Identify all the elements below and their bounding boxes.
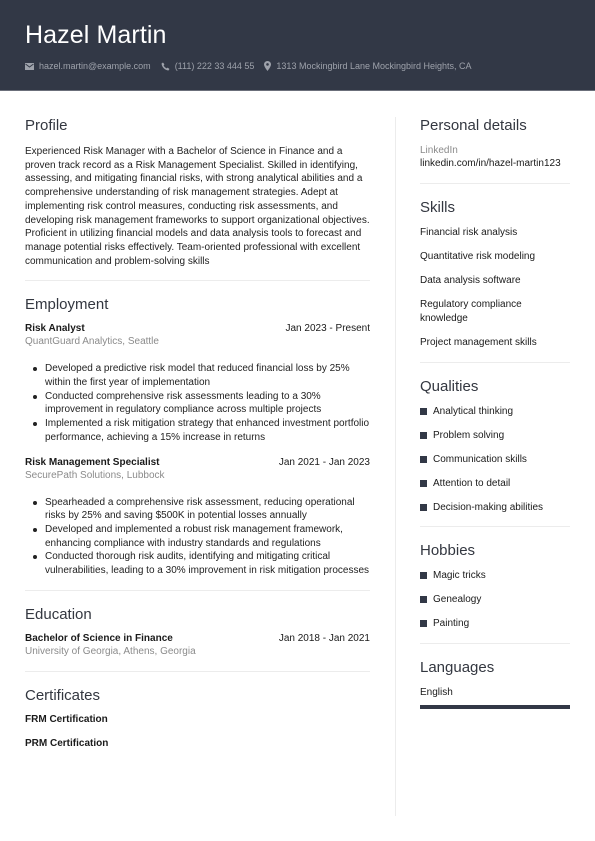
- section-divider: [420, 362, 570, 363]
- education-title: Education: [25, 606, 370, 624]
- skill-item: Financial risk analysis: [420, 226, 570, 240]
- qualities-section: Qualities Analytical thinking Problem so…: [420, 378, 570, 514]
- degree: Bachelor of Science in Finance: [25, 632, 173, 645]
- quality-item: Attention to detail: [420, 477, 570, 490]
- qualities-title: Qualities: [420, 378, 570, 396]
- contact-phone[interactable]: (111) 222 33 444 55: [161, 61, 255, 71]
- quality-label: Analytical thinking: [433, 405, 513, 418]
- map-pin-icon: [264, 61, 271, 71]
- linkedin-link[interactable]: linkedin.com/in/hazel-martin123: [420, 157, 570, 171]
- square-bullet-icon: [420, 432, 427, 439]
- profile-section: Profile Experienced Risk Manager with a …: [25, 117, 370, 268]
- section-divider: [25, 280, 370, 281]
- section-divider: [420, 183, 570, 184]
- job-bullet: Implemented a risk mitigation strategy t…: [25, 417, 370, 444]
- skill-item: Regulatory compliance knowledge: [420, 298, 570, 326]
- certificate-item: FRM Certification: [25, 713, 370, 726]
- hobby-item: Painting: [420, 617, 570, 630]
- skill-item: Data analysis software: [420, 274, 570, 288]
- skills-title: Skills: [420, 199, 570, 217]
- job-bullet: Conducted thorough risk audits, identify…: [25, 550, 370, 577]
- employment-section: Employment Risk Analyst Jan 2023 - Prese…: [25, 296, 370, 577]
- languages-title: Languages: [420, 659, 570, 677]
- languages-section: Languages English: [420, 659, 570, 709]
- hobby-label: Magic tricks: [433, 569, 486, 582]
- language-level-bar: [420, 705, 570, 709]
- quality-label: Attention to detail: [433, 477, 510, 490]
- job-date: Jan 2021 - Jan 2023: [279, 456, 370, 469]
- column-divider: [395, 117, 396, 816]
- hobbies-section: Hobbies Magic tricks Genealogy Painting: [420, 542, 570, 630]
- job-entry: Risk Analyst Jan 2023 - Present QuantGua…: [25, 322, 370, 444]
- contact-phone-text: (111) 222 33 444 55: [175, 61, 255, 71]
- job-bullets: Developed a predictive risk model that r…: [25, 362, 370, 444]
- job-title: Risk Analyst: [25, 322, 85, 335]
- certificate-item: PRM Certification: [25, 737, 370, 750]
- square-bullet-icon: [420, 408, 427, 415]
- contact-address-text: 1313 Mockingbird Lane Mockingbird Height…: [276, 61, 471, 71]
- education-entry: Bachelor of Science in Finance Jan 2018 …: [25, 632, 370, 659]
- square-bullet-icon: [420, 480, 427, 487]
- quality-item: Communication skills: [420, 453, 570, 466]
- contact-address: 1313 Mockingbird Lane Mockingbird Height…: [264, 61, 471, 71]
- profile-summary: Experienced Risk Manager with a Bachelor…: [25, 145, 370, 268]
- employment-title: Employment: [25, 296, 370, 314]
- square-bullet-icon: [420, 620, 427, 627]
- quality-item: Decision-making abilities: [420, 501, 570, 514]
- job-bullet: Conducted comprehensive risk assessments…: [25, 390, 370, 417]
- quality-item: Analytical thinking: [420, 405, 570, 418]
- job-company: SecurePath Solutions, Lubbock: [25, 469, 370, 483]
- quality-label: Communication skills: [433, 453, 527, 466]
- square-bullet-icon: [420, 572, 427, 579]
- skills-section: Skills Financial risk analysis Quantitat…: [420, 199, 570, 350]
- job-bullets: Spearheaded a comprehensive risk assessm…: [25, 496, 370, 578]
- language-level-fill: [420, 705, 570, 709]
- hobbies-title: Hobbies: [420, 542, 570, 560]
- job-bullet: Developed a predictive risk model that r…: [25, 362, 370, 389]
- job-bullet: Spearheaded a comprehensive risk assessm…: [25, 496, 370, 523]
- square-bullet-icon: [420, 504, 427, 511]
- education-section: Education Bachelor of Science in Finance…: [25, 606, 370, 659]
- contact-email-text: hazel.martin@example.com: [39, 61, 151, 71]
- certificates-section: Certificates FRM Certification PRM Certi…: [25, 687, 370, 750]
- sidebar-column: Personal details LinkedIn linkedin.com/i…: [420, 117, 570, 709]
- contact-row: hazel.martin@example.com (111) 222 33 44…: [25, 60, 482, 72]
- phone-icon: [161, 62, 170, 71]
- job-bullet: Developed and implemented a robust risk …: [25, 523, 370, 550]
- hobby-item: Magic tricks: [420, 569, 570, 582]
- section-divider: [25, 671, 370, 672]
- hobby-label: Genealogy: [433, 593, 481, 606]
- quality-label: Decision-making abilities: [433, 501, 543, 514]
- envelope-icon: [25, 63, 34, 70]
- language-name: English: [420, 686, 570, 699]
- section-divider: [420, 526, 570, 527]
- education-date: Jan 2018 - Jan 2021: [279, 632, 370, 645]
- section-divider: [420, 643, 570, 644]
- skill-item: Quantitative risk modeling: [420, 250, 570, 264]
- square-bullet-icon: [420, 456, 427, 463]
- quality-item: Problem solving: [420, 429, 570, 442]
- school: University of Georgia, Athens, Georgia: [25, 645, 370, 659]
- main-column: Profile Experienced Risk Manager with a …: [25, 117, 370, 750]
- hobby-item: Genealogy: [420, 593, 570, 606]
- personal-details-section: Personal details LinkedIn linkedin.com/i…: [420, 117, 570, 171]
- square-bullet-icon: [420, 596, 427, 603]
- resume-header: Hazel Martin hazel.martin@example.com (1…: [0, 0, 595, 91]
- job-company: QuantGuard Analytics, Seattle: [25, 335, 370, 349]
- job-entry: Risk Management Specialist Jan 2021 - Ja…: [25, 456, 370, 578]
- hobby-label: Painting: [433, 617, 469, 630]
- personal-details-title: Personal details: [420, 117, 570, 135]
- linkedin-label: LinkedIn: [420, 144, 570, 157]
- section-divider: [25, 590, 370, 591]
- skill-item: Project management skills: [420, 336, 570, 350]
- contact-email[interactable]: hazel.martin@example.com: [25, 61, 151, 71]
- certificates-title: Certificates: [25, 687, 370, 705]
- profile-title: Profile: [25, 117, 370, 135]
- quality-label: Problem solving: [433, 429, 504, 442]
- job-title: Risk Management Specialist: [25, 456, 160, 469]
- job-date: Jan 2023 - Present: [286, 322, 371, 335]
- candidate-name: Hazel Martin: [25, 21, 167, 50]
